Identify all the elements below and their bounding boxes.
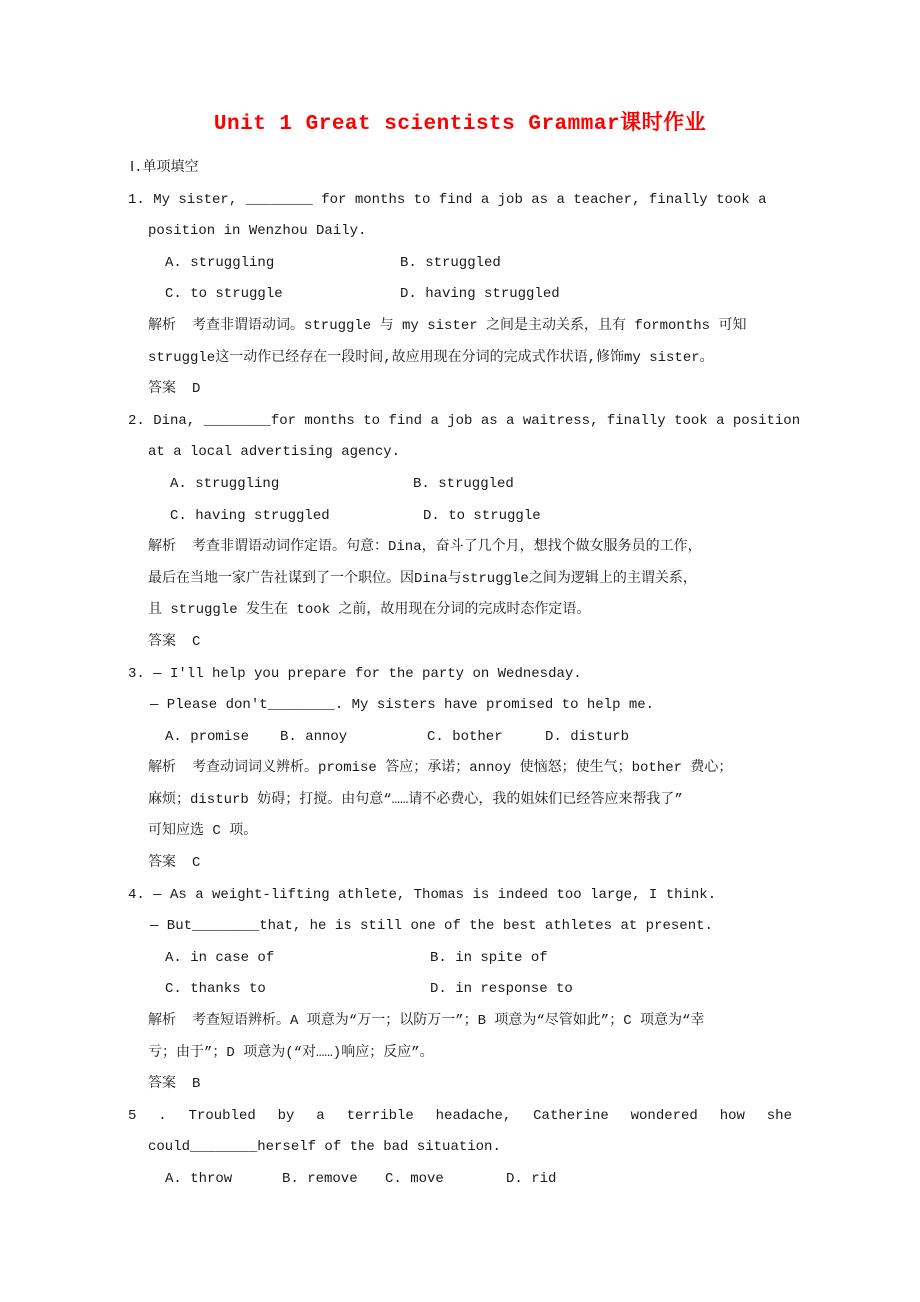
- question-stem-line: could________herself of the bad situatio…: [128, 1132, 792, 1164]
- analysis-text: 考查动词词义辨析。promise 答应；承诺；annoy 使恼怒；使生气；bot…: [192, 760, 732, 776]
- page-title: Unit 1 Great scientists Grammar课时作业: [0, 106, 920, 136]
- analysis-line: 可知应选 C 项。: [128, 816, 792, 848]
- question-stem-line: position in Wenzhou Daily.: [128, 216, 792, 248]
- question-block: 3. — I'll help you prepare for the party…: [128, 659, 792, 880]
- content: Ⅰ.单项填空 1. My sister, ________ for months…: [128, 153, 792, 1196]
- option: C. thanks to: [165, 974, 266, 1006]
- question-block: 2. Dina, ________for months to find a jo…: [128, 406, 792, 659]
- question-stem-line: 4. — As a weight-lifting athlete, Thomas…: [128, 880, 792, 912]
- analysis-text: 考查非谓语动词作定语。句意：Dina，奋斗了几个月，想找个做女服务员的工作，: [192, 539, 702, 555]
- question-stem-line: 3. — I'll help you prepare for the party…: [128, 659, 792, 691]
- option: B. remove: [282, 1164, 358, 1196]
- option: B. in spite of: [430, 943, 548, 975]
- answer-line: 答案B: [128, 1069, 792, 1101]
- option: A. promise: [165, 722, 249, 754]
- document-page: Unit 1 Great scientists Grammar课时作业 Ⅰ.单项…: [0, 0, 920, 1302]
- analysis-line: 解析考查非谓语动词。struggle 与 my sister 之间是主动关系，且…: [128, 311, 792, 343]
- option: D. in response to: [430, 974, 573, 1006]
- answer-line: 答案D: [128, 374, 792, 406]
- answer-label: 答案: [148, 634, 176, 650]
- question-block: 5 . Troubled by a terrible headache, Cat…: [128, 1101, 792, 1196]
- question-stem-line: — Please don't________. My sisters have …: [128, 690, 792, 722]
- answer-label: 答案: [148, 855, 176, 871]
- answer-line: 答案C: [128, 848, 792, 880]
- question-block: 1. My sister, ________ for months to fin…: [128, 185, 792, 406]
- answer-line: 答案C: [128, 627, 792, 659]
- analysis-line: struggle这一动作已经存在一段时间,故应用现在分词的完成式作状语,修饰my…: [128, 343, 792, 375]
- options-row: A. throwB. removeC. moveD. rid: [128, 1164, 792, 1196]
- analysis-line: 解析考查动词词义辨析。promise 答应；承诺；annoy 使恼怒；使生气；b…: [128, 753, 792, 785]
- analysis-text: 可知应选 C 项。: [148, 823, 257, 839]
- option: D. to struggle: [423, 501, 541, 533]
- analysis-label: 解析: [148, 539, 176, 555]
- option: B. struggled: [413, 469, 514, 501]
- analysis-label: 解析: [148, 1013, 176, 1029]
- question-block: 4. — As a weight-lifting athlete, Thomas…: [128, 880, 792, 1101]
- option: D. disturb: [545, 722, 629, 754]
- analysis-text: struggle这一动作已经存在一段时间,故应用现在分词的完成式作状语,修饰my…: [148, 350, 714, 366]
- analysis-text: 最后在当地一家广告社谋到了一个职位。因Dina与struggle之间为逻辑上的主…: [148, 571, 697, 587]
- option: D. rid: [506, 1164, 556, 1196]
- analysis-line: 解析考查非谓语动词作定语。句意：Dina，奋斗了几个月，想找个做女服务员的工作，: [128, 532, 792, 564]
- option: A. in case of: [165, 943, 274, 975]
- answer-value: B: [192, 1076, 200, 1092]
- section-heading: Ⅰ.单项填空: [128, 153, 792, 185]
- options-row: A. strugglingB. struggled: [128, 248, 792, 280]
- options-row: A. promiseB. annoyC. botherD. disturb: [128, 722, 792, 754]
- option: B. struggled: [400, 248, 501, 280]
- analysis-label: 解析: [148, 318, 176, 334]
- question-stem-line: at a local advertising agency.: [128, 437, 792, 469]
- analysis-line: 解析考查短语辨析。A 项意为“万一；以防万一”；B 项意为“尽管如此”；C 项意…: [128, 1006, 792, 1038]
- question-stem-line: 1. My sister, ________ for months to fin…: [128, 185, 792, 217]
- analysis-text: 考查非谓语动词。struggle 与 my sister 之间是主动关系，且有 …: [192, 318, 746, 334]
- analysis-label: 解析: [148, 760, 176, 776]
- option: C. bother: [427, 722, 503, 754]
- analysis-line: 最后在当地一家广告社谋到了一个职位。因Dina与struggle之间为逻辑上的主…: [128, 564, 792, 596]
- options-row: A. in case ofB. in spite of: [128, 943, 792, 975]
- option: A. struggling: [165, 248, 274, 280]
- options-row: A. strugglingB. struggled: [128, 469, 792, 501]
- analysis-text: 麻烦；disturb 妨碍；打搅。由句意“……请不必费心，我的姐妹们已经答应来帮…: [148, 792, 683, 808]
- option: C. to struggle: [165, 279, 283, 311]
- option: C. having struggled: [170, 501, 330, 533]
- question-stem-line: 2. Dina, ________for months to find a jo…: [128, 406, 792, 438]
- options-row: C. to struggleD. having struggled: [128, 279, 792, 311]
- question-stem-line: 5 . Troubled by a terrible headache, Cat…: [128, 1101, 792, 1133]
- option: B. annoy: [280, 722, 347, 754]
- answer-value: D: [192, 381, 200, 397]
- analysis-text: 且 struggle 发生在 took 之前，故用现在分词的完成时态作定语。: [148, 602, 590, 618]
- analysis-line: 亏；由于”；D 项意为(“对……)响应；反应”。: [128, 1038, 792, 1070]
- analysis-line: 且 struggle 发生在 took 之前，故用现在分词的完成时态作定语。: [128, 595, 792, 627]
- questions-list: 1. My sister, ________ for months to fin…: [128, 185, 792, 1196]
- option: A. throw: [165, 1164, 232, 1196]
- answer-label: 答案: [148, 1076, 176, 1092]
- answer-label: 答案: [148, 381, 176, 397]
- analysis-line: 麻烦；disturb 妨碍；打搅。由句意“……请不必费心，我的姐妹们已经答应来帮…: [128, 785, 792, 817]
- option: C. move: [385, 1164, 444, 1196]
- answer-value: C: [192, 855, 200, 871]
- question-stem-line: — But________that, he is still one of th…: [128, 911, 792, 943]
- answer-value: C: [192, 634, 200, 650]
- analysis-text: 亏；由于”；D 项意为(“对……)响应；反应”。: [148, 1045, 434, 1061]
- option: D. having struggled: [400, 279, 560, 311]
- options-row: C. having struggledD. to struggle: [128, 501, 792, 533]
- option: A. struggling: [170, 469, 279, 501]
- analysis-text: 考查短语辨析。A 项意为“万一；以防万一”；B 项意为“尽管如此”；C 项意为“…: [192, 1013, 704, 1029]
- options-row: C. thanks toD. in response to: [128, 974, 792, 1006]
